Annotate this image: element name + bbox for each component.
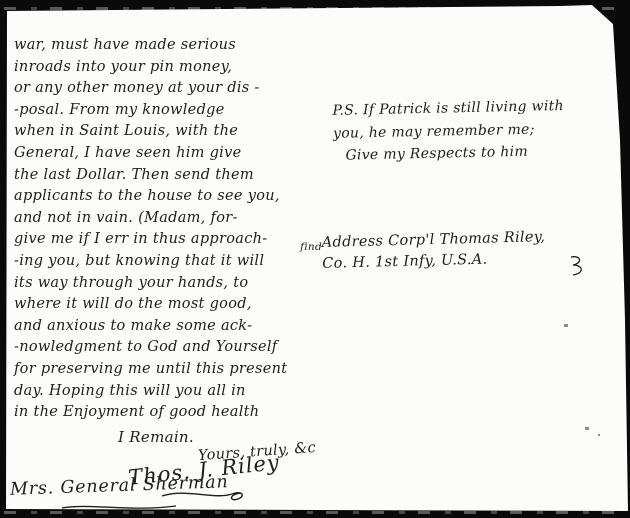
scan-speck	[564, 324, 568, 327]
postscript-line: Give my Respects to him	[333, 139, 605, 167]
letter-line: where it will do the most good,	[14, 294, 322, 316]
letter-line: -posal. From my knowledge	[14, 100, 322, 122]
letter-line: the last Dollar. Then send them	[14, 165, 322, 187]
letter-line: day. Hoping this will you all in	[14, 381, 322, 403]
letter-line: its way through your hands, to	[14, 273, 322, 295]
letter-line: war, must have made serious	[14, 35, 322, 57]
letter-line: when in Saint Louis, with the	[14, 121, 322, 143]
postscript-block: P.S. If Patrick is still living with you…	[332, 94, 605, 167]
letter-paper: war, must have made serious inroads into…	[0, 0, 630, 518]
letter-line: or any other money at your dis -	[14, 78, 322, 100]
address-flourish	[565, 255, 587, 277]
letter-line: inroads into your pin money,	[14, 57, 322, 79]
letter-body: war, must have made serious inroads into…	[14, 35, 322, 424]
letter-line: and anxious to make some ack-	[14, 316, 322, 338]
scanner-edge-noise-bottom	[4, 511, 626, 514]
letter-line: give me if I err in thus approach-	[14, 229, 322, 251]
scanned-letter-page: war, must have made serious inroads into…	[0, 0, 630, 518]
letter-line: and not in vain. (Madam, for-	[14, 208, 322, 230]
letter-line-text: -ing you, but knowing that it will	[14, 253, 264, 269]
letter-line-with-insertion: -ing you, but knowing that it will find	[14, 251, 322, 273]
letter-line: for preserving me until this present	[14, 359, 322, 381]
letter-line: General, I have seen him give	[14, 143, 322, 165]
letter-line: applicants to the house to see you,	[14, 186, 322, 208]
letter-closing: I Remain.	[118, 428, 194, 446]
scan-speck	[585, 427, 589, 430]
scan-speck	[598, 434, 600, 436]
inserted-word: find	[300, 242, 322, 252]
letter-line: in the Enjoyment of good health	[14, 402, 322, 424]
letter-line: -nowledgment to God and Yourself	[14, 337, 322, 359]
